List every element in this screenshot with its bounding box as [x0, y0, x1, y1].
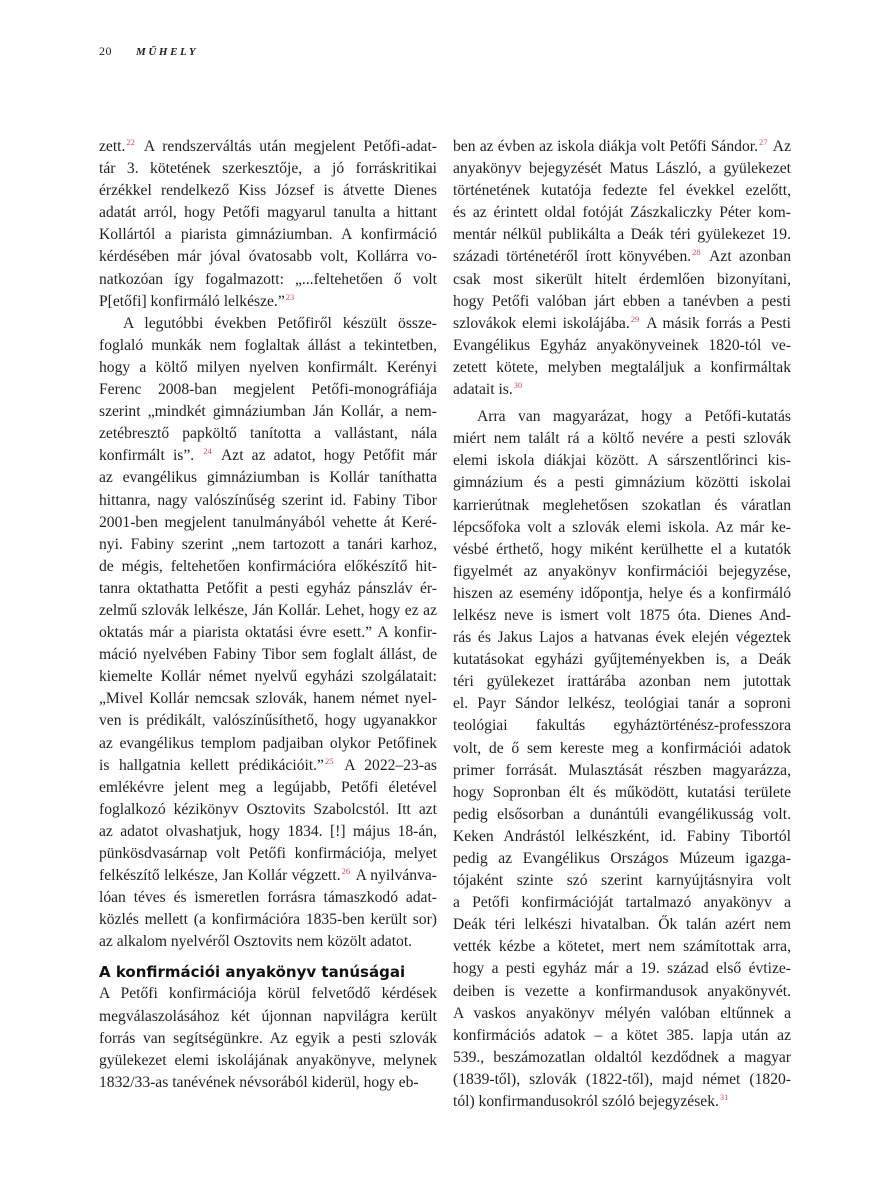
text-line: konfirmációs adatok – a kötet 385. lapja… [453, 1025, 791, 1047]
text-run: az adatot olvashatjuk, hogy 1834. [!] má… [99, 823, 437, 840]
text-run: adatát arról, hogy Petőfi magyarul tanul… [99, 204, 437, 221]
text-run: gyülekezet elemi iskolájának anyakönyve,… [99, 1052, 437, 1069]
text-run: kutatásokat egyházi gyűjteményekben is, … [453, 651, 791, 668]
text-line: adatát arról, hogy Petőfi magyarul tanul… [99, 202, 437, 224]
text-run: adatait is. [453, 381, 513, 398]
text-run: konfirmációs adatok – a kötet 385. lapja… [453, 1027, 791, 1044]
left-column: zett.22 A rendszerváltás után megjelent … [99, 136, 437, 1094]
text-line: foglalkozó kézikönyv Osztovits Szabolcst… [99, 799, 437, 821]
text-line: anyakönyv bejegyzését Matus László, a gy… [453, 158, 791, 180]
text-line: adatait is.30 [453, 379, 791, 401]
text-run: érzékkel rendelkező Kiss József is átvet… [99, 182, 437, 199]
text-run: tár 3. kötetének szerkesztője, a jó forr… [99, 160, 437, 177]
text-line: közlés mellett (a konfirmációra 1835-ben… [99, 909, 437, 931]
paragraph: Arra van magyarázat, hogy a Petőfi-kutat… [453, 406, 791, 1113]
text-line: az evangélikus templom padjaiban olykor … [99, 733, 437, 755]
text-run: pünkösdvasárnap volt Petőfi konfirmációj… [99, 845, 437, 862]
text-line: az evangélikus gimnáziumban is Kollár ta… [99, 467, 437, 489]
text-run: A legutóbbi években Petőfiről készült ös… [123, 315, 437, 332]
text-line: kiemelte Kollár német nyelvű egyházi szo… [99, 666, 437, 688]
text-line: az adatot olvashatjuk, hogy 1834. [!] má… [99, 821, 437, 843]
text-run: megválaszolásához két újonnan napvilágra… [99, 1008, 437, 1025]
text-run: lóan téves és ismeretlen forrásra támasz… [99, 889, 437, 906]
text-run: csak most sikerült hitelt érdemlően bizo… [453, 271, 791, 288]
text-run: A 2022–23-as [335, 757, 437, 774]
footnote-marker: 29 [630, 314, 642, 324]
text-run: Azt azonban [703, 248, 791, 265]
text-line: zelmű szlovák lelkésze, Ján Kollár. Lehe… [99, 600, 437, 622]
text-line: Evangélikus Egyház anyakönyveinek 1820-t… [453, 335, 791, 357]
text-run: zetett kötete, melyben megtaláljuk a kon… [453, 359, 791, 376]
text-run: anyakönyv bejegyzését Matus László, a gy… [453, 160, 791, 177]
text-run: is hallgatnia kellett prédikációit.” [99, 757, 324, 774]
text-run: vették kézbe a kötetet, mert nem számíto… [453, 938, 791, 955]
text-run: hogy Sopronban élt és működött, kutatási… [453, 784, 791, 801]
text-run: rás és Jakus Lajos a hatvanas évek elejé… [453, 629, 791, 646]
section-title: MŰHELY [136, 46, 198, 58]
text-line: Kollártól a piarista gimnáziumban. A kon… [99, 224, 437, 246]
text-run: közlés mellett (a konfirmációra 1835-ben… [99, 911, 437, 928]
text-run: teológiai fakultás egyháztörténész-profe… [453, 717, 791, 734]
text-line: lelkész neve is ismert volt 1875 óta. Di… [453, 605, 791, 627]
text-run: az evangélikus gimnáziumban is Kollár ta… [99, 469, 437, 486]
text-run: nyi. Fabiny szerint „nem tartozott a tan… [99, 536, 437, 553]
text-run: emlékévre jelent meg a legújabb, Petőfi … [99, 779, 437, 796]
footnote-marker: 30 [513, 380, 525, 390]
text-line: el. Payr Sándor lelkész, teológiai tanár… [453, 693, 791, 715]
text-run: kiemelte Kollár német nyelvű egyházi szo… [99, 668, 437, 685]
text-line: „Mivel Kollár nemcsak szlovák, hanem ném… [99, 688, 437, 710]
text-line: gyülekezet elemi iskolájának anyakönyve,… [99, 1050, 437, 1072]
text-run: primer forrását. Mulasztását részben mag… [453, 762, 791, 779]
text-run: az alkalom nyelvéről Osztovits nem közöl… [99, 933, 412, 950]
text-line: tójaként szinte szó szerint karnyújtásny… [453, 870, 791, 892]
text-line: Keken Andrástól lelkészként, id. Fabiny … [453, 826, 791, 848]
footnote-marker: 26 [341, 866, 353, 876]
text-line: volt, de ő sem kereste meg a konfirmáció… [453, 738, 791, 760]
footnote-marker: 31 [719, 1092, 731, 1102]
section-heading: A konfirmációi anyakönyv tanúságai [99, 961, 437, 983]
text-line: kutatásokat egyházi gyűjteményekben is, … [453, 649, 791, 671]
text-run: tanra oktathatta Petőfit a pesti egyház … [99, 580, 437, 597]
text-run: el. Payr Sándor lelkész, teológiai tanár… [453, 695, 791, 712]
text-line: téri gyülekezet irattárába azonban nem j… [453, 671, 791, 693]
text-line: vésbé érthető, hogy miként kerülhette el… [453, 539, 791, 561]
text-line: (1839-től), szlovák (1822-től), majd ném… [453, 1069, 791, 1091]
text-run: Evangélikus Egyház anyakönyveinek 1820-t… [453, 337, 791, 354]
text-run: ven is prédikált, valószínűsíthető, hogy… [99, 712, 437, 729]
text-line: zett.22 A rendszerváltás után megjelent … [99, 136, 437, 158]
text-line: hogy Sopronban élt és működött, kutatási… [453, 782, 791, 804]
text-run: de mégis, feltehetően konfirmációra elők… [99, 558, 437, 575]
text-run: zetébresztő papköltő tanította a vallást… [99, 425, 437, 442]
text-run: A nyilvánva- [352, 867, 437, 884]
text-line: máció nyelvében Fabiny Tibor sem foglalt… [99, 644, 437, 666]
text-run: zett. [99, 138, 125, 155]
text-line: pünkösdvasárnap volt Petőfi konfirmációj… [99, 843, 437, 865]
text-run: lelkész neve is ismert volt 1875 óta. Di… [453, 607, 791, 624]
text-line: karrierútnak meglehetősen szokatlan és v… [453, 495, 791, 517]
running-head: 20 MŰHELY [99, 44, 198, 59]
text-line: szlovákok elemi iskolájába.29 A másik fo… [453, 313, 791, 335]
text-line: forrás van segítségünkre. Az egyik a pes… [99, 1028, 437, 1050]
text-run: lépcsőfoka volt a szlovák elemi iskola. … [453, 519, 791, 536]
text-run: Kollártól a piarista gimnáziumban. A kon… [99, 226, 437, 243]
paragraph: A Petőfi konfirmációja körül felvetődő k… [99, 983, 437, 1093]
text-run: „Mivel Kollár nemcsak szlovák, hanem ném… [99, 690, 437, 707]
footnote-marker: 28 [691, 247, 703, 257]
text-line: tár 3. kötetének szerkesztője, a jó forr… [99, 158, 437, 180]
text-line: deiben is vezette a konfirmandusok anyak… [453, 981, 791, 1003]
text-run: forrás van segítségünkre. Az egyik a pes… [99, 1030, 437, 1047]
text-line: lóan téves és ismeretlen forrásra támasz… [99, 887, 437, 909]
text-line: felkészítő lelkésze, Jan Kollár végzett.… [99, 865, 437, 887]
text-run: a Petőfi konfirmációját tartalmazó anyak… [453, 894, 791, 911]
text-line: szerint „mindkét gimnáziumban Ján Kollár… [99, 401, 437, 423]
text-line: gimnázium és a pesti gimnázium közötti i… [453, 472, 791, 494]
text-line: kérdésében már jóval óvatosabb volt, Kol… [99, 246, 437, 268]
text-line: lépcsőfoka volt a szlovák elemi iskola. … [453, 517, 791, 539]
text-line: P[etőfi] konfirmáló lelkésze.”23 [99, 291, 437, 313]
text-run: Ferenc 2008-ban megjelent Petőfi-monográ… [99, 381, 437, 398]
text-run: foglaló munkák nem foglaltak állást a te… [99, 337, 437, 354]
text-run: felkészítő lelkésze, Jan Kollár végzett. [99, 867, 341, 884]
text-line: zetébresztő papköltő tanította a vallást… [99, 423, 437, 445]
text-run: szlovákok elemi iskolájába. [453, 315, 630, 332]
text-run: A vaskos anyakönyv mélyén valóban eltűnn… [453, 1005, 791, 1022]
page-number: 20 [99, 44, 112, 59]
text-run: hogy a költő milyen nyelven konfirmált. … [99, 359, 437, 376]
text-run: máció nyelvében Fabiny Tibor sem foglalt… [99, 646, 437, 663]
text-run: miért nem talált rá a költő nevére a pes… [453, 430, 791, 447]
text-run: Azt az adatot, hogy Petőfit már [214, 447, 437, 464]
text-run: vésbé érthető, hogy miként kerülhette el… [453, 541, 791, 558]
text-run: 539., beszámozatlan oldaltól kezdődnek a… [453, 1049, 791, 1066]
text-run: Arra van magyarázat, hogy a Petőfi-kutat… [477, 408, 791, 425]
text-line: az alkalom nyelvéről Osztovits nem közöl… [99, 931, 437, 953]
text-line: A legutóbbi években Petőfiről készült ös… [99, 313, 437, 335]
text-run: 2001-ben megjelent tanulmányából vehette… [99, 514, 437, 531]
text-run: Deák téri lelkészi hivatalban. Ők talán … [453, 916, 791, 933]
text-line: 539., beszámozatlan oldaltól kezdődnek a… [453, 1047, 791, 1069]
text-run: figyelmét az anyakönyv konfirmációi beje… [453, 563, 791, 580]
text-run: hogy Petőfi valóban járt ebben a tanévbe… [453, 293, 791, 310]
text-run: volt, de ő sem kereste meg a konfirmáció… [453, 740, 791, 757]
text-run: téri gyülekezet irattárába azonban nem j… [453, 673, 791, 690]
text-line: primer forrását. Mulasztását részben mag… [453, 760, 791, 782]
text-line: elemi iskola diákjai között. A sárszentl… [453, 450, 791, 472]
text-line: rás és Jakus Lajos a hatvanas évek elejé… [453, 627, 791, 649]
paragraph: A legutóbbi években Petőfiről készült ös… [99, 313, 437, 954]
paragraph: zett.22 A rendszerváltás után megjelent … [99, 136, 437, 313]
text-line: natkozóan így fogalmazott: „...feltehető… [99, 269, 437, 291]
text-line: ven is prédikált, valószínűsíthető, hogy… [99, 710, 437, 732]
text-run: tól) konfirmandusokról szóló bejegyzések… [453, 1093, 719, 1110]
text-line: miért nem talált rá a költő nevére a pes… [453, 428, 791, 450]
text-run: 1832/33-as tanévének névsorából kiderül,… [99, 1074, 419, 1091]
text-line: mentár nélkül publikálta a Deák téri gyü… [453, 224, 791, 246]
text-line: hogy a pesti egyház már a 19. század els… [453, 958, 791, 980]
text-line: figyelmét az anyakönyv konfirmációi beje… [453, 561, 791, 583]
text-run: ben az évben az iskola diákja volt Petőf… [453, 138, 758, 155]
footnote-marker: 25 [324, 756, 336, 766]
text-run: oktatás már a piarista oktatási évre ese… [99, 624, 437, 641]
text-run: karrierútnak meglehetősen szokatlan és v… [453, 497, 791, 514]
text-line: tól) konfirmandusokról szóló bejegyzések… [453, 1091, 791, 1113]
text-run: szerint „mindkét gimnáziumban Ján Kollár… [99, 403, 437, 420]
text-line: hogy a költő milyen nyelven konfirmált. … [99, 357, 437, 379]
text-run: pedig elsősorban a dunántúli evangélikus… [453, 806, 791, 823]
text-run: az evangélikus templom padjaiban olykor … [99, 735, 437, 752]
text-run: elemi iskola diákjai között. A sárszentl… [453, 452, 791, 469]
footnote-marker: 22 [125, 137, 137, 147]
text-line: emlékévre jelent meg a legújabb, Petőfi … [99, 777, 437, 799]
text-run: konfirmált is”. [99, 447, 202, 464]
right-column: ben az évben az iskola diákja volt Petőf… [453, 136, 791, 1113]
text-line: de mégis, feltehetően konfirmációra elők… [99, 556, 437, 578]
text-run: és az érintett oldal fotóját Zászkaliczk… [453, 204, 791, 221]
text-run: P[etőfi] konfirmáló lelkésze.” [99, 293, 285, 310]
text-line: oktatás már a piarista oktatási évre ese… [99, 622, 437, 644]
text-run: A Petőfi konfirmációja körül felvetődő k… [99, 985, 437, 1002]
text-line: pedig elsősorban a dunántúli evangélikus… [453, 804, 791, 826]
text-line: A Petőfi konfirmációja körül felvetődő k… [99, 983, 437, 1005]
text-run: foglalkozó kézikönyv Osztovits Szabolcst… [99, 801, 437, 818]
text-run: századi történetéről írott könyvében. [453, 248, 691, 265]
text-run: A másik forrás a Pesti [641, 315, 791, 332]
text-line: 2001-ben megjelent tanulmányából vehette… [99, 512, 437, 534]
text-line: foglaló munkák nem foglaltak állást a te… [99, 335, 437, 357]
text-line: ben az évben az iskola diákja volt Petőf… [453, 136, 791, 158]
text-run: tójaként szinte szó szerint karnyújtásny… [453, 872, 791, 889]
text-line: hittanra, nagy valószínűség szerint id. … [99, 490, 437, 512]
text-line: 1832/33-as tanévének névsorából kiderül,… [99, 1072, 437, 1094]
text-run: hogy a pesti egyház már a 19. század els… [453, 960, 791, 977]
paragraph: ben az évben az iskola diákja volt Petőf… [453, 136, 791, 401]
text-line: zetett kötete, melyben megtaláljuk a kon… [453, 357, 791, 379]
text-line: a Petőfi konfirmációját tartalmazó anyak… [453, 892, 791, 914]
text-run: mentár nélkül publikálta a Deák téri gyü… [453, 226, 791, 243]
text-line: konfirmált is”. 24 Azt az adatot, hogy P… [99, 445, 437, 467]
text-run: hiszen az esemény időpontja, helye és a … [453, 585, 791, 602]
text-line: nyi. Fabiny szerint „nem tartozott a tan… [99, 534, 437, 556]
text-run: hittanra, nagy valószínűség szerint id. … [99, 492, 437, 509]
text-run: zelmű szlovák lelkésze, Ján Kollár. Lehe… [99, 602, 437, 619]
text-line: csak most sikerült hitelt érdemlően bizo… [453, 269, 791, 291]
text-run: Az [769, 138, 791, 155]
footnote-marker: 27 [758, 137, 770, 147]
text-line: Arra van magyarázat, hogy a Petőfi-kutat… [453, 406, 791, 428]
text-line: is hallgatnia kellett prédikációit.”25 A… [99, 755, 437, 777]
text-line: pedig az Evangélikus Országos Múzeum iga… [453, 848, 791, 870]
text-line: századi történetéről írott könyvében.28 … [453, 246, 791, 268]
text-line: hogy Petőfi valóban járt ebben a tanévbe… [453, 291, 791, 313]
text-line: történetének kutatója fedezte fel évekke… [453, 180, 791, 202]
text-line: és az érintett oldal fotóját Zászkaliczk… [453, 202, 791, 224]
text-line: Ferenc 2008-ban megjelent Petőfi-monográ… [99, 379, 437, 401]
text-line: A vaskos anyakönyv mélyén valóban eltűnn… [453, 1003, 791, 1025]
text-run: pedig az Evangélikus Országos Múzeum iga… [453, 850, 791, 867]
text-line: Deák téri lelkészi hivatalban. Ők talán … [453, 914, 791, 936]
text-line: teológiai fakultás egyháztörténész-profe… [453, 715, 791, 737]
text-line: érzékkel rendelkező Kiss József is átvet… [99, 180, 437, 202]
text-run: Keken Andrástól lelkészként, id. Fabiny … [453, 828, 791, 845]
text-line: tanra oktathatta Petőfit a pesti egyház … [99, 578, 437, 600]
footnote-marker: 23 [285, 292, 297, 302]
text-run: deiben is vezette a konfirmandusok anyak… [453, 983, 791, 1000]
text-line: vették kézbe a kötetet, mert nem számíto… [453, 936, 791, 958]
text-run: natkozóan így fogalmazott: „...feltehető… [99, 271, 437, 288]
text-line: megválaszolásához két újonnan napvilágra… [99, 1006, 437, 1028]
text-run: (1839-től), szlovák (1822-től), majd ném… [453, 1071, 791, 1088]
footnote-marker: 24 [202, 446, 214, 456]
text-run: gimnázium és a pesti gimnázium közötti i… [453, 474, 791, 491]
text-run: kérdésében már jóval óvatosabb volt, Kol… [99, 248, 437, 265]
text-line: hiszen az esemény időpontja, helye és a … [453, 583, 791, 605]
text-run: A rendszerváltás után megjelent Petőfi-a… [137, 138, 437, 155]
text-run: történetének kutatója fedezte fel évekke… [453, 182, 791, 199]
